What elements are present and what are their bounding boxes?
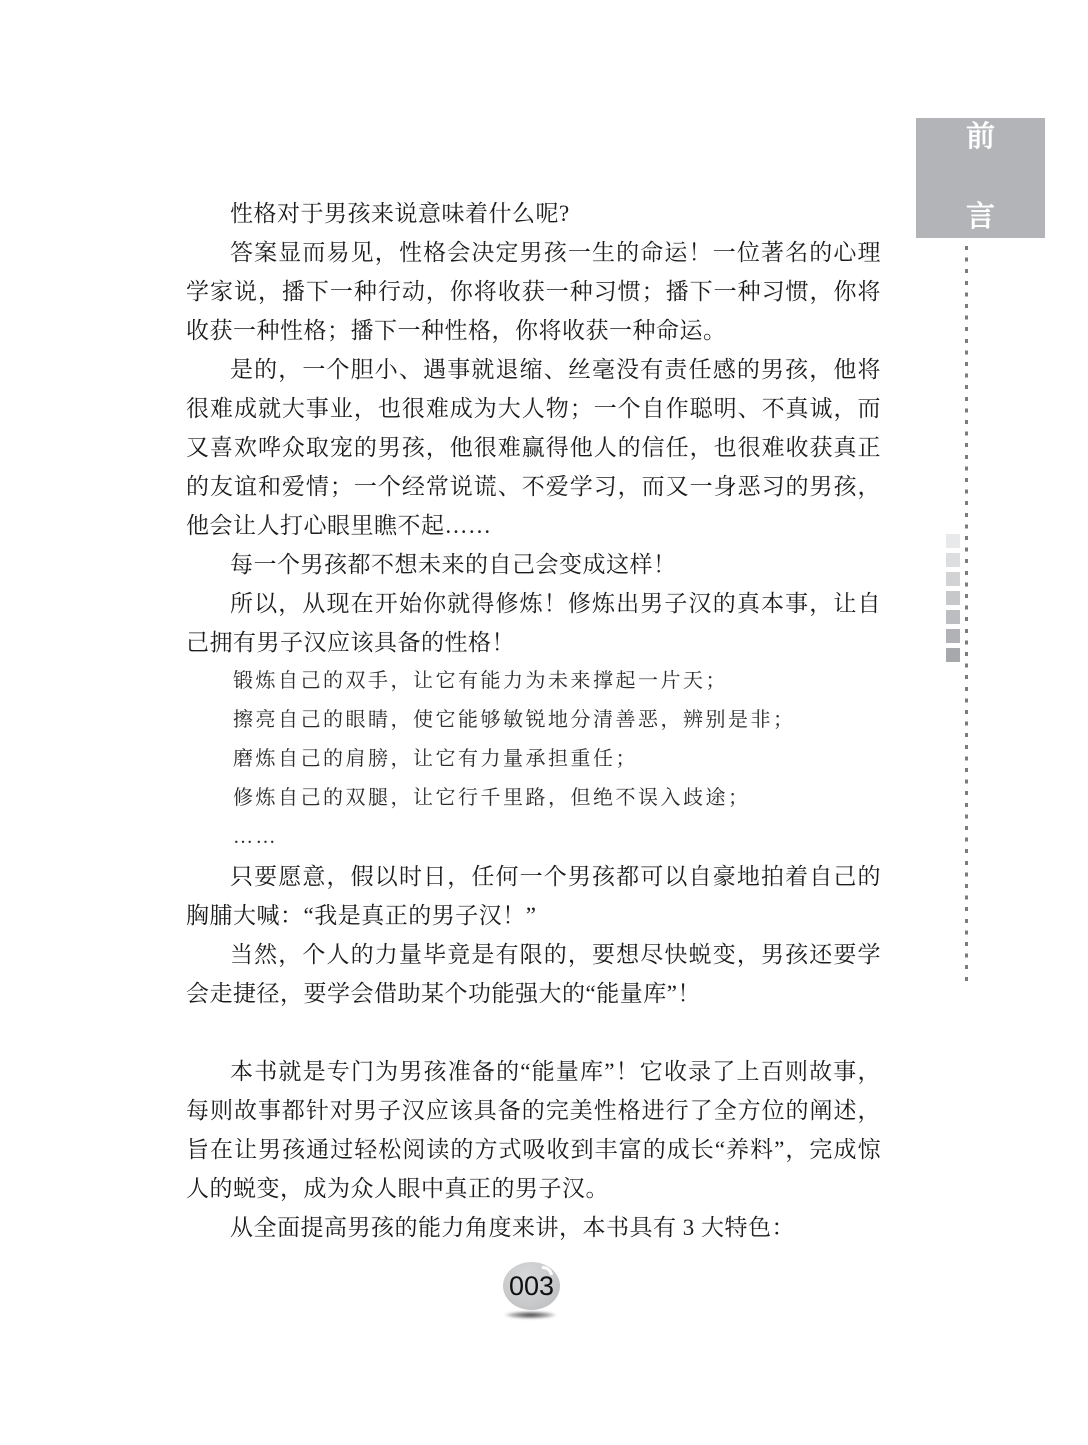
page-number-shadow — [504, 1311, 557, 1319]
page-content: 性格对于男孩来说意味着什么呢?答案显而易见，性格会决定男孩一生的命运！一位著名的… — [186, 194, 881, 1247]
preface-tab: 前 言 — [916, 118, 1045, 238]
paragraph: 每一个男孩都不想未来的自己会变成这样！ — [186, 545, 881, 584]
gradient-squares-decoration — [946, 534, 960, 662]
paragraph: 锻炼自己的双手，让它有能力为未来撑起一片天； — [186, 662, 881, 701]
paragraph: 擦亮自己的眼睛，使它能够敏锐地分清善恶，辨别是非； — [186, 701, 881, 740]
paragraph: 本书就是专门为男孩准备的“能量库”！它收录了上百则故事，每则故事都针对男子汉应该… — [186, 1052, 881, 1208]
paragraph: 修炼自己的双腿，让它行千里路，但绝不误入歧途； — [186, 779, 881, 818]
decoration-square — [946, 648, 960, 662]
paragraph: 当然，个人的力量毕竟是有限的，要想尽快蜕变，男孩还要学会走捷径，要学会借助某个功… — [186, 935, 881, 1013]
decoration-square — [946, 534, 960, 548]
paragraph: 从全面提高男孩的能力角度来讲，本书具有 3 大特色： — [186, 1208, 881, 1247]
decoration-square — [946, 629, 960, 643]
paragraph: 答案显而易见，性格会决定男孩一生的命运！一位著名的心理学家说，播下一种行动，你将… — [186, 233, 881, 350]
preface-char-yan: 言 — [966, 203, 995, 232]
decoration-square — [946, 572, 960, 586]
page-number-bubble: 003 — [503, 1262, 560, 1310]
decoration-square — [946, 610, 960, 624]
book-page: 前 言 性格对于男孩来说意味着什么呢?答案显而易见，性格会决定男孩一生的命运！一… — [0, 0, 1088, 1445]
paragraph: 磨炼自己的肩膀，让它有力量承担重任； — [186, 740, 881, 779]
preface-char-qian: 前 — [966, 123, 995, 152]
decoration-square — [946, 553, 960, 567]
paragraph: 所以，从现在开始你就得修炼！修炼出男子汉的真本事，让自己拥有男子汉应该具备的性格… — [186, 584, 881, 662]
decoration-square — [946, 591, 960, 605]
paragraph: 只要愿意，假以时日，任何一个男孩都可以自豪地拍着自己的胸脯大喊：“我是真正的男子… — [186, 857, 881, 935]
paragraph-spacer — [186, 1013, 881, 1052]
dashed-divider-line — [965, 246, 968, 988]
paragraph: 性格对于男孩来说意味着什么呢? — [186, 194, 881, 233]
paragraph: 是的，一个胆小、遇事就退缩、丝毫没有责任感的男孩，他将很难成就大事业，也很难成为… — [186, 350, 881, 545]
paragraph: …… — [186, 818, 881, 857]
